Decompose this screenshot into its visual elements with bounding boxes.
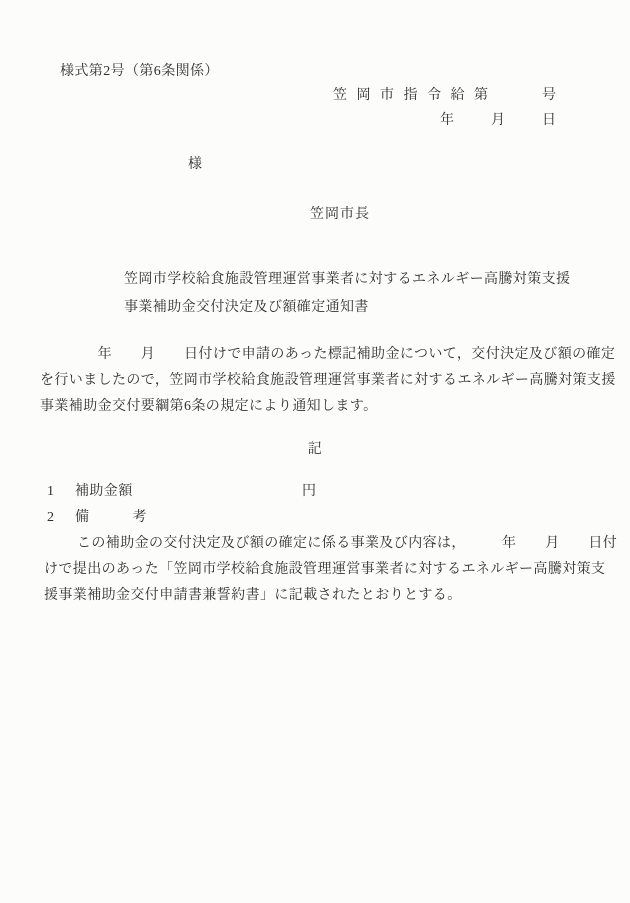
date-line: 年 月 日 [440,113,559,129]
sender-name: 笠岡市長 [310,207,370,223]
item-2-label: 備 考 [75,510,147,526]
item-1-label: 補助金額 [75,484,133,500]
doc-title-line-2: 事業補助金交付決定及び額確定通知書 [124,300,369,316]
body-line-2: を行いましたので，笠岡市学校給食施設管理運営事業者に対するエネルギー高騰対策支援 [40,373,616,389]
form-number: 様式第2号（第6条関係） [60,64,219,80]
doc-title-line-1: 笠岡市学校給食施設管理運営事業者に対するエネルギー高騰対策支援 [124,272,570,288]
document-page: 様式第2号（第6条関係） 笠 岡 市 指 令 給 第 号 年 月 日 様 笠岡市… [0,0,630,903]
item-1-unit: 円 [302,484,316,500]
section-marker-ki: 記 [0,442,630,458]
body-line-1: 年 月 日付けで申請のあった標記補助金について，交付決定及び額の確定 [40,347,615,363]
item-1-number: 1 [47,484,54,500]
addressee-honorific: 様 [188,157,202,173]
note-line-1: この補助金の交付決定及び額の確定に係る事業及び内容は， 年 月 日付 [77,536,617,552]
body-line-3: 事業補助金交付要綱第6条の規定により通知します。 [40,399,377,415]
note-line-2: けで提出のあった「笠岡市学校給食施設管理運営事業者に対するエネルギー高騰対策支 [44,562,605,578]
note-line-3: 援事業補助金交付申請書兼誓約書」に記載されたとおりとする。 [44,588,462,604]
item-2-number: 2 [47,510,54,526]
directive-number-line: 笠 岡 市 指 令 給 第 号 [333,88,559,104]
